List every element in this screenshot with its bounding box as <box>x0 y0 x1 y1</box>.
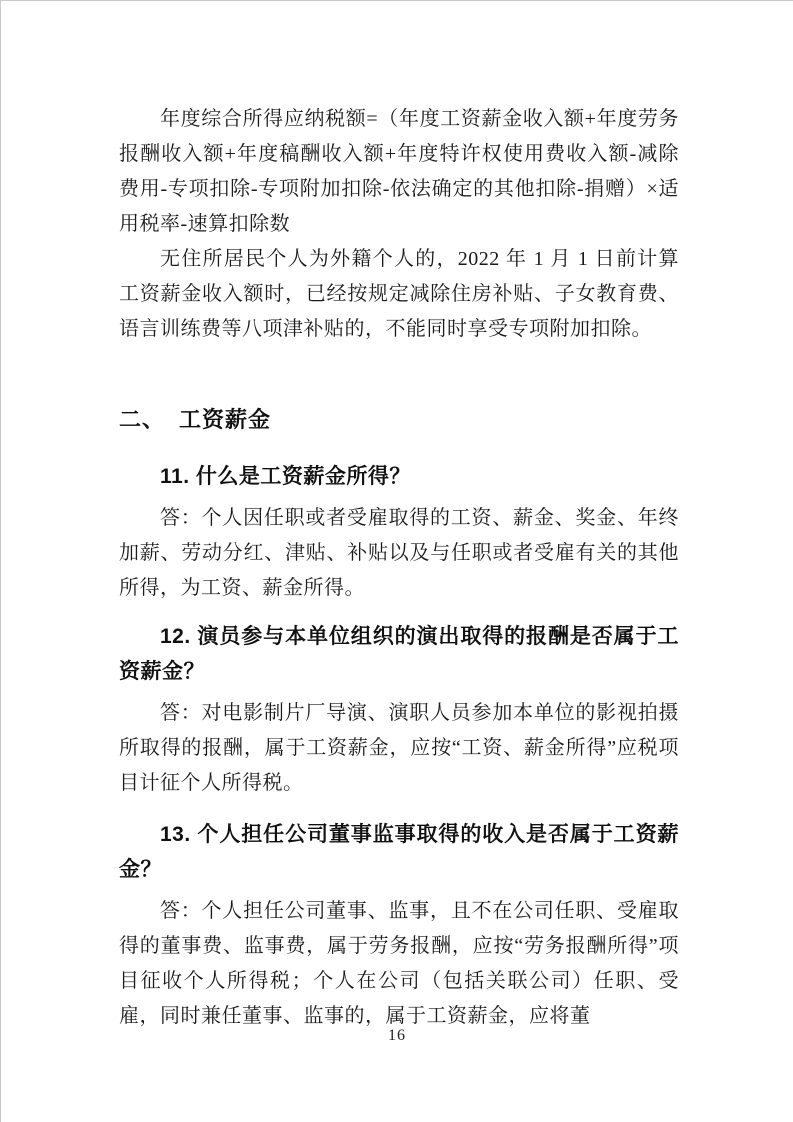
question-11: 11. 什么是工资薪金所得？ <box>119 459 679 494</box>
qa-item-11: 11. 什么是工资薪金所得？ 答：个人因任职或者受雇取得的工资、薪金、奖金、年终… <box>119 459 679 606</box>
non-resident-note-paragraph: 无住所居民个人为外籍个人的，2022 年 1 月 1 日前计算工资薪金收入额时，… <box>119 242 679 347</box>
page-number: 16 <box>1 1027 793 1045</box>
section-heading: 二、工资薪金 <box>119 402 679 438</box>
document-page: 年度综合所得应纳税额=（年度工资薪金收入额+年度劳务报酬收入额+年度稿酬收入额+… <box>0 0 793 1122</box>
answer-11: 答：个人因任职或者受雇取得的工资、薪金、奖金、年终加薪、劳动分红、津贴、补贴以及… <box>119 501 679 606</box>
question-13: 13. 个人担任公司董事监事取得的收入是否属于工资薪金？ <box>119 817 679 887</box>
answer-13: 答：个人担任公司董事、监事，且不在公司任职、受雇取得的董事费、监事费，属于劳务报… <box>119 894 679 1034</box>
formula-paragraph: 年度综合所得应纳税额=（年度工资薪金收入额+年度劳务报酬收入额+年度稿酬收入额+… <box>119 102 679 242</box>
question-12: 12. 演员参与本单位组织的演出取得的报酬是否属于工资薪金？ <box>119 619 679 689</box>
section-heading-number: 二、 <box>119 407 165 432</box>
section-heading-title: 工资薪金 <box>179 407 271 432</box>
qa-item-13: 13. 个人担任公司董事监事取得的收入是否属于工资薪金？ 答：个人担任公司董事、… <box>119 817 679 1034</box>
answer-12: 答：对电影制片厂导演、演职人员参加本单位的影视拍摄所取得的报酬，属于工资薪金，应… <box>119 696 679 801</box>
page-content: 年度综合所得应纳税额=（年度工资薪金收入额+年度劳务报酬收入额+年度稿酬收入额+… <box>119 102 679 1034</box>
qa-item-12: 12. 演员参与本单位组织的演出取得的报酬是否属于工资薪金？ 答：对电影制片厂导… <box>119 619 679 801</box>
